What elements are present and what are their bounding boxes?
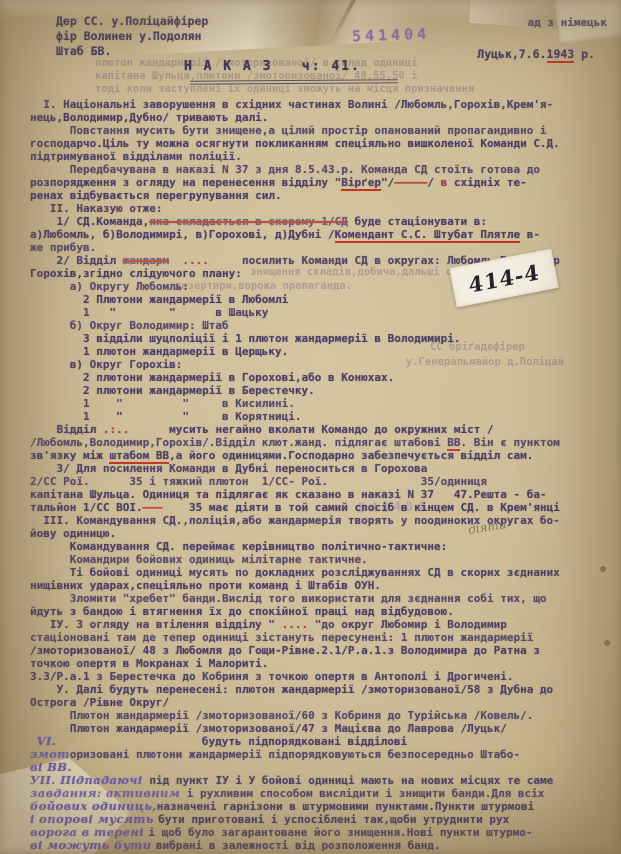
doc-line: 1 плютон жандармерії в Церщьку. [30, 345, 615, 358]
doc-line: стаціоновані там де тепер одиниці зістан… [30, 631, 615, 644]
doc-line: зв'язку між штабом ВВ,а його одиницями.Г… [30, 449, 615, 462]
org-line: Штаб БВ. [56, 44, 111, 58]
doc-line: Командири бойових одиниць мілітарне такт… [30, 553, 615, 566]
doc-line: 2 плютони жандармерії в Горохові,або в К… [30, 371, 615, 384]
doc-line: Плютон жандармерії /змоторизованої/47 з … [30, 722, 615, 735]
translation-note: ад з німецьк [528, 16, 607, 29]
doc-line: І. Національні заворушення в східних час… [30, 98, 615, 111]
ghost-text: тоді коли заступлені їх одиниці зможуть … [95, 83, 474, 95]
scanned-document: плютон жандармерії /змоторизованої/ в ск… [0, 0, 621, 854]
doc-line: 3/ Для посилення Команди в Дубні перенос… [30, 462, 615, 475]
title-underline [190, 73, 398, 84]
doc-line: Плютон жандармерії /змоторизованої/60 з … [30, 709, 615, 722]
doc-line: 2 плютони жандармерії в Берестечку. [30, 384, 615, 397]
doc-line: розпорядження з огляду на перенесення ві… [30, 176, 615, 189]
doc-line: завдання: активним і рухливим способом в… [30, 787, 615, 800]
doc-line: б) Округ Володимир: Штаб [30, 319, 615, 332]
doc-line: йдуть з бандою і втягнення їх до спокійн… [30, 605, 615, 618]
doc-line: Острога /Рівне Округ/ [30, 696, 615, 709]
doc-line: 3.3/Р.а.1 з Берестечка до Кобриня з точк… [30, 670, 615, 683]
doc-line: нищівних ударах,спеціяльно проти команд … [30, 579, 615, 592]
doc-line: Передбачувана в наказі N 37 з дня 8.5.43… [30, 163, 615, 176]
archive-number: 414-4 [467, 259, 540, 298]
doc-line: 1/ СД.Команда,яка складається в скорому … [30, 215, 615, 228]
doc-line: Повстання мусить бути знищене,а цілий пр… [30, 124, 615, 137]
doc-line: 3 відділи шуцполіції і 1 плютон жандарме… [30, 332, 615, 345]
doc-line: господарчо.Ціль ту можна осягнути поклик… [30, 137, 615, 150]
doc-line: ві можуть бути вибрані в залежності від … [30, 839, 615, 852]
doc-line: Ті бойові одиниці мусять по докладних ро… [30, 566, 615, 579]
doc-line: точкою опертя в Мокранах і Малориті. [30, 657, 615, 670]
doc-line: йову одиницю. [30, 527, 615, 540]
order-title: Н А К А З ч: 41. [184, 59, 361, 74]
doc-line: ІІ. Наказую отже: [30, 202, 615, 215]
doc-line: 2/СС Рої. 35 і тяжкий плютон 1/СС- Рої. … [30, 475, 615, 488]
doc-line: в) Округ Горохів: [30, 358, 615, 371]
doc-line: змоторизовані плютони жандармерії підпор… [30, 748, 615, 761]
doc-line: VI. будуть підпорядковані відділові [30, 735, 615, 748]
doc-line: /змоторизованої/ 48 з Любомля до Гощи-Рі… [30, 644, 615, 657]
doc-line: капітана Шульца. Одиниця та підлягає як … [30, 488, 615, 501]
doc-line: тальйон 1/СС ВОІ.——— 35 має діяти в той … [30, 501, 615, 514]
doc-line: 1 " " в Шацьку [30, 306, 615, 319]
doc-line: Командування СД. переймає керівництво по… [30, 540, 615, 553]
doc-line: У. Далі будуть перенесені: плютон жандар… [30, 683, 615, 696]
doc-line: ворога в терені і щоб було загарантоване… [30, 826, 615, 839]
doc-line: 1 " " в Корятниці. [30, 410, 615, 423]
org-line: фір Волинен у.Подолян [56, 29, 201, 43]
registration-stamp: 541404 [352, 25, 431, 46]
doc-line: /Любомль,Володимир,Горохів/.Відділ клют.… [30, 436, 615, 449]
doc-line: ренах відбувається перегрупування сил. [30, 189, 615, 202]
place: Луцьк,7.6. [477, 47, 546, 61]
org-block: Дер СС. у.Поліцайфірер фір Волинен у.Под… [56, 14, 208, 59]
org-line: Дер СС. у.Поліцайфірер [56, 14, 208, 28]
doc-line: 2 Плютони жандармерії в Любомлі [30, 293, 615, 306]
year-suffix: р. [574, 47, 595, 61]
doc-line: ІУ. З огляду на втілення відділу " .... … [30, 618, 615, 631]
year-underlined: 1943 [547, 47, 575, 63]
doc-line: а)Любомль, б)Володимирі, в)Горохові, д)Д… [30, 228, 615, 241]
doc-line: ІІІ. Командування СД.,поліція,або жандар… [30, 514, 615, 527]
doc-line: підтримуваної відділами поліції. [30, 150, 615, 163]
doc-body: І. Національні заворушення в східних час… [30, 98, 615, 852]
doc-line: нець,Володимир,Дубно/ тривають далі. [30, 111, 615, 124]
doc-line: Відділ .:.. мусить негайно вколати Коман… [30, 423, 615, 436]
doc-line: 1 " " в Кисилині. [30, 397, 615, 410]
place-date: Луцьк,7.6.1943 р. [477, 47, 595, 61]
doc-line: Зломити "хребет" банди.Вислід того викор… [30, 592, 615, 605]
